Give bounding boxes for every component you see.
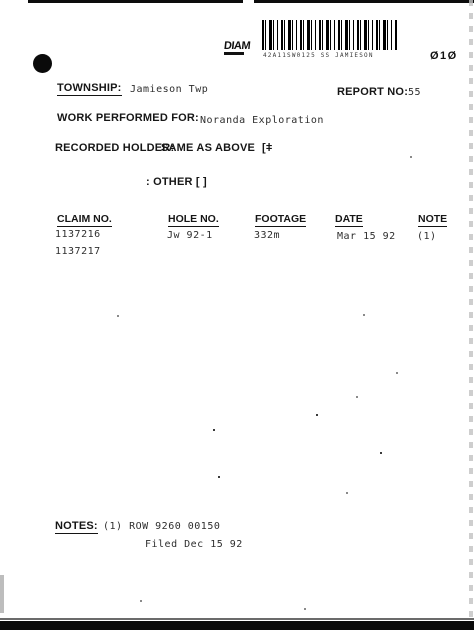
noise-speck bbox=[316, 414, 318, 416]
noise-speck bbox=[410, 156, 412, 158]
report-no-value: 55 bbox=[408, 87, 421, 98]
column-header-date: DATE bbox=[335, 213, 363, 227]
report-no-label: REPORT NO: bbox=[337, 86, 408, 98]
scan-bottom-bar bbox=[0, 621, 474, 630]
noise-speck bbox=[380, 452, 382, 454]
scan-right-edge-artifact bbox=[469, 0, 473, 630]
noise-speck bbox=[396, 372, 398, 374]
punch-hole-dot bbox=[33, 54, 52, 73]
same-as-above-checkbox: [ǂ bbox=[262, 142, 273, 154]
noise-speck bbox=[363, 314, 365, 316]
township-label: TOWNSHIP: bbox=[57, 82, 122, 96]
work-performed-value: Noranda Exploration bbox=[200, 115, 324, 126]
cell-claim-no: 1137217 bbox=[55, 246, 101, 257]
column-header-note: NOTE bbox=[418, 213, 447, 227]
noise-speck bbox=[213, 429, 215, 431]
same-as-above-label: SAME AS ABOVE bbox=[161, 142, 255, 154]
barcode-label: 42A11SW0125 SS JAMIESON bbox=[263, 52, 374, 59]
cell-footage: 332m bbox=[254, 230, 280, 241]
scan-bottom-bar-shadow bbox=[0, 618, 474, 620]
recorded-holder-label: RECORDED HOLDER: bbox=[55, 142, 174, 154]
column-header-hole-no: HOLE NO. bbox=[168, 213, 219, 227]
other-checkbox-label: : OTHER [ ] bbox=[146, 176, 207, 188]
page-corner-code: Ø1Ø bbox=[430, 50, 458, 62]
noise-speck bbox=[356, 396, 358, 398]
notes-line-1: (1) ROW 9260 00150 bbox=[103, 521, 220, 532]
noise-speck bbox=[304, 608, 306, 610]
cell-note: (1) bbox=[417, 231, 437, 242]
scan-top-edge-gap bbox=[243, 0, 254, 3]
scan-left-edge-artifact bbox=[0, 575, 4, 613]
diam-stamp-text: DIAM bbox=[223, 40, 250, 52]
column-header-footage: FOOTAGE bbox=[255, 213, 306, 227]
scanned-document-page: DIAM 42A11SW0125 SS JAMIESON Ø1Ø TOWNSHI… bbox=[0, 0, 474, 630]
noise-speck bbox=[218, 476, 220, 478]
cell-hole-no: Jw 92-1 bbox=[167, 230, 213, 241]
notes-line-2: Filed Dec 15 92 bbox=[145, 539, 243, 550]
cell-date: Mar 15 92 bbox=[337, 231, 396, 242]
noise-speck bbox=[346, 492, 348, 494]
diam-stamp-underline bbox=[224, 52, 244, 55]
township-value: Jamieson Twp bbox=[130, 84, 208, 95]
work-performed-label: WORK PERFORMED FOR: bbox=[57, 112, 199, 124]
barcode-image bbox=[262, 20, 398, 50]
cell-claim-no: 1137216 bbox=[55, 229, 101, 240]
column-header-claim-no: CLAIM NO. bbox=[57, 213, 112, 227]
noise-speck bbox=[117, 315, 119, 317]
notes-label: NOTES: bbox=[55, 520, 98, 534]
noise-speck bbox=[140, 600, 142, 602]
